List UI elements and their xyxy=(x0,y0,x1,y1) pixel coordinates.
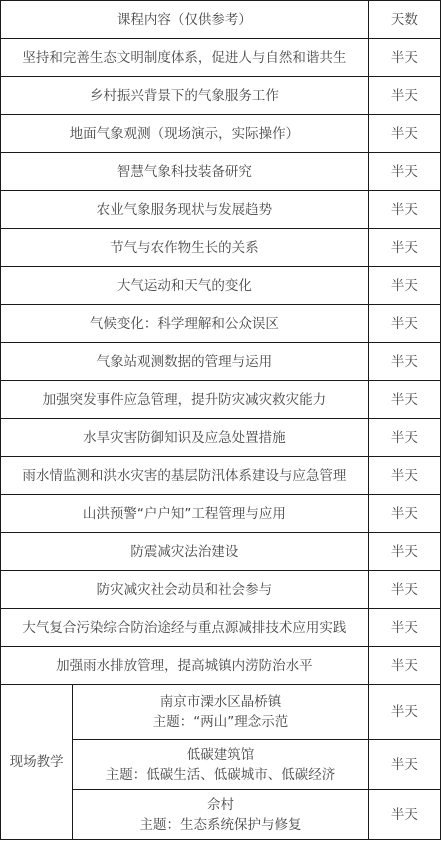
course-content: 节气与农作物生长的关系 xyxy=(1,229,369,267)
course-content: 大气复合污染综合防治途经与重点源减排技术应用实践 xyxy=(1,609,369,647)
table-row: 乡村振兴背景下的气象服务工作半天 xyxy=(1,77,441,115)
table-row: 气象站观测数据的管理与运用半天 xyxy=(1,343,441,381)
table-row: 加强雨水排放管理，提高城镇内涝防治水平半天 xyxy=(1,647,441,685)
course-content: 加强突发事件应急管理，提升防灾减灾救灾能力 xyxy=(1,381,369,419)
field-days: 半天 xyxy=(368,740,440,790)
course-content: 水旱灾害防御知识及应急处置措施 xyxy=(1,419,369,457)
course-days: 半天 xyxy=(368,191,440,229)
field-site-name: 佘村 xyxy=(73,795,368,815)
course-content: 气候变化：科学理解和公众误区 xyxy=(1,305,369,343)
field-site-cell: 佘村 主题：生态系统保护与修复 xyxy=(73,790,369,840)
table-row: 坚持和完善生态文明制度体系，促进人与自然和谐共生半天 xyxy=(1,39,441,77)
course-days: 半天 xyxy=(368,647,440,685)
table-row: 智慧气象科技装备研究半天 xyxy=(1,153,441,191)
course-table: 课程内容（仅供参考） 天数 坚持和完善生态文明制度体系，促进人与自然和谐共生半天… xyxy=(0,0,441,840)
course-content: 气象站观测数据的管理与运用 xyxy=(1,343,369,381)
table-row: 水旱灾害防御知识及应急处置措施半天 xyxy=(1,419,441,457)
course-days: 半天 xyxy=(368,419,440,457)
course-content: 地面气象观测（现场演示，实际操作） xyxy=(1,115,369,153)
course-days: 半天 xyxy=(368,533,440,571)
course-content: 雨水情监测和洪水灾害的基层防汛体系建设与应急管理 xyxy=(1,457,369,495)
course-content: 智慧气象科技装备研究 xyxy=(1,153,369,191)
table-row: 节气与农作物生长的关系半天 xyxy=(1,229,441,267)
course-content: 防灾减灾社会动员和社会参与 xyxy=(1,571,369,609)
course-content: 农业气象服务现状与发展趋势 xyxy=(1,191,369,229)
field-site-cell: 低碳建筑馆 主题：低碳生活、低碳城市、低碳经济 xyxy=(73,740,369,790)
course-content: 防震减灾法治建设 xyxy=(1,533,369,571)
course-days: 半天 xyxy=(368,77,440,115)
course-content: 山洪预警“户户知”工程管理与应用 xyxy=(1,495,369,533)
course-days: 半天 xyxy=(368,267,440,305)
course-content: 坚持和完善生态文明制度体系，促进人与自然和谐共生 xyxy=(1,39,369,77)
table-row: 雨水情监测和洪水灾害的基层防汛体系建设与应急管理半天 xyxy=(1,457,441,495)
course-days: 半天 xyxy=(368,305,440,343)
course-days: 半天 xyxy=(368,343,440,381)
table-row: 加强突发事件应急管理，提升防灾减灾救灾能力半天 xyxy=(1,381,441,419)
course-content: 乡村振兴背景下的气象服务工作 xyxy=(1,77,369,115)
field-days: 半天 xyxy=(368,790,440,840)
table-row: 气候变化：科学理解和公众误区半天 xyxy=(1,305,441,343)
header-days: 天数 xyxy=(368,1,440,39)
course-days: 半天 xyxy=(368,457,440,495)
course-content: 大气运动和天气的变化 xyxy=(1,267,369,305)
field-site-theme: 主题：“两山”理念示范 xyxy=(73,712,368,732)
course-days: 半天 xyxy=(368,153,440,191)
table-row: 防灾减灾社会动员和社会参与半天 xyxy=(1,571,441,609)
course-days: 半天 xyxy=(368,381,440,419)
course-days: 半天 xyxy=(368,115,440,153)
course-days: 半天 xyxy=(368,495,440,533)
course-days: 半天 xyxy=(368,571,440,609)
table-header-row: 课程内容（仅供参考） 天数 xyxy=(1,1,441,39)
table-row: 防震减灾法治建设半天 xyxy=(1,533,441,571)
table-row: 大气运动和天气的变化半天 xyxy=(1,267,441,305)
field-teaching-row: 现场教学 南京市溧水区晶桥镇 主题：“两山”理念示范 半天 xyxy=(1,685,441,740)
table-row: 农业气象服务现状与发展趋势半天 xyxy=(1,191,441,229)
field-site-name: 南京市溧水区晶桥镇 xyxy=(73,692,368,712)
field-site-name: 低碳建筑馆 xyxy=(73,745,368,765)
course-days: 半天 xyxy=(368,229,440,267)
course-days: 半天 xyxy=(368,39,440,77)
field-site-theme: 主题：低碳生活、低碳城市、低碳经济 xyxy=(73,765,368,785)
table-row: 山洪预警“户户知”工程管理与应用半天 xyxy=(1,495,441,533)
header-content: 课程内容（仅供参考） xyxy=(1,1,369,39)
field-site-cell: 南京市溧水区晶桥镇 主题：“两山”理念示范 xyxy=(73,685,369,740)
course-days: 半天 xyxy=(368,609,440,647)
course-content: 加强雨水排放管理，提高城镇内涝防治水平 xyxy=(1,647,369,685)
field-days: 半天 xyxy=(368,685,440,740)
field-site-theme: 主题：生态系统保护与修复 xyxy=(73,815,368,835)
table-row: 大气复合污染综合防治途经与重点源减排技术应用实践半天 xyxy=(1,609,441,647)
table-row: 地面气象观测（现场演示，实际操作）半天 xyxy=(1,115,441,153)
field-teaching-label: 现场教学 xyxy=(1,685,73,840)
